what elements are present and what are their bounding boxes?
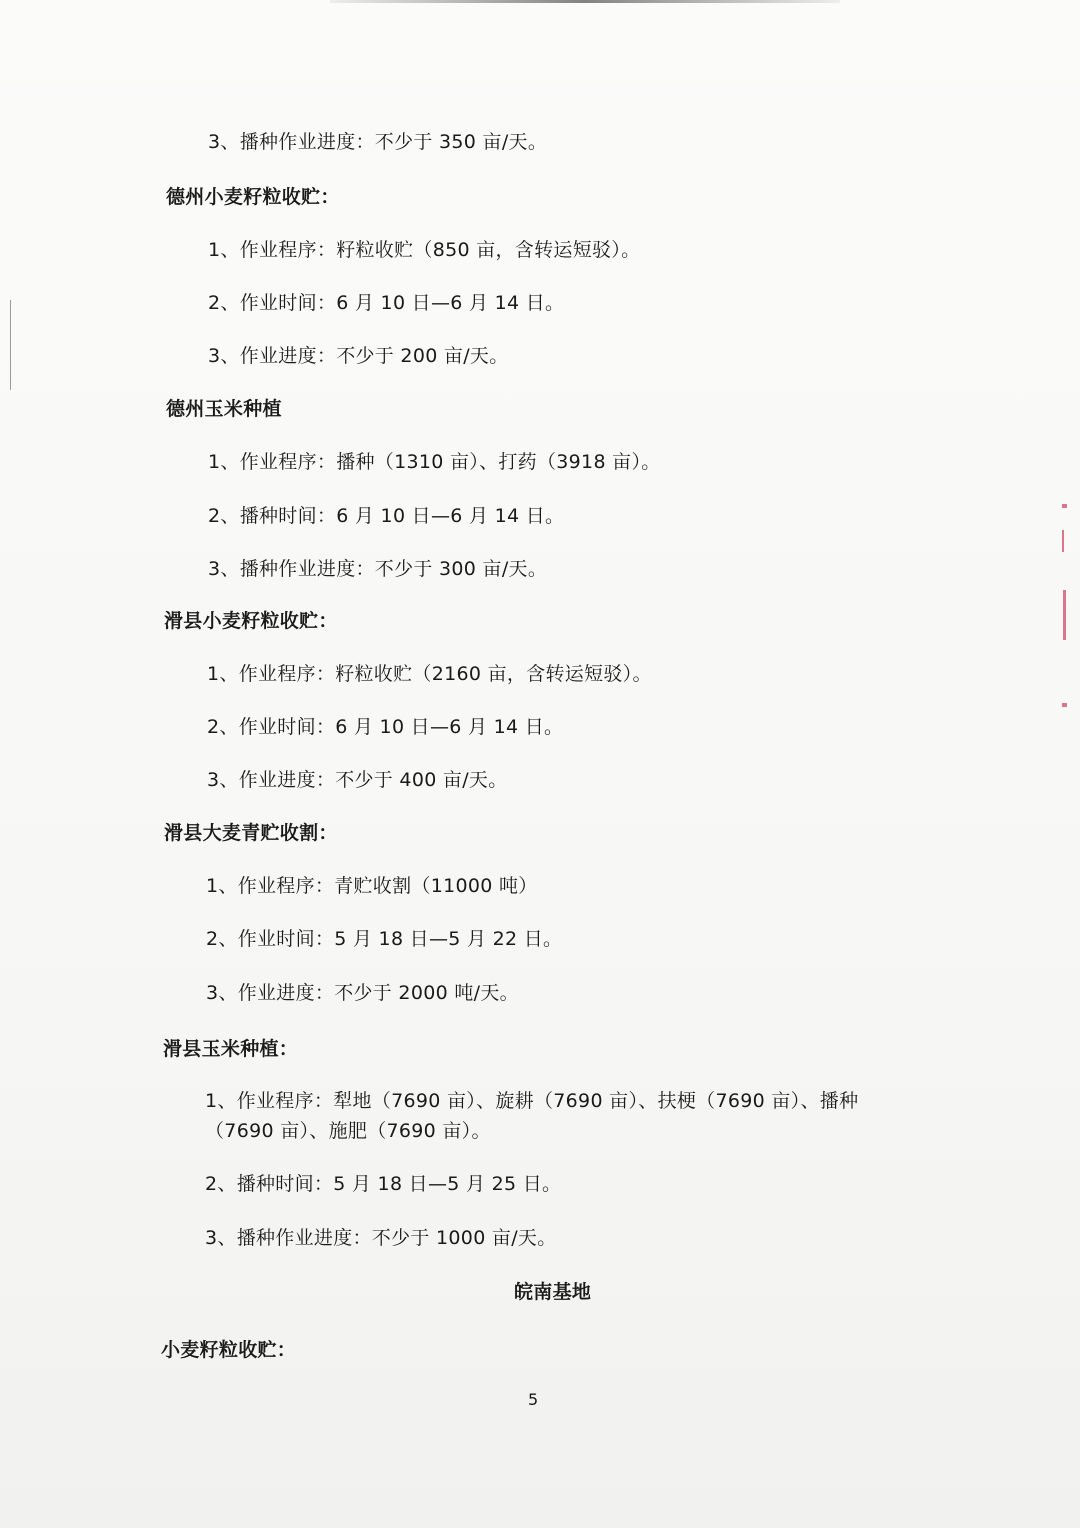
item-line: 3、播种作业进度：不少于 1000 亩/天。 [205, 1225, 557, 1251]
item-line: 3、作业进度：不少于 200 亩/天。 [208, 343, 509, 369]
page-number: 5 [528, 1390, 538, 1409]
seal-mark-fragment [1062, 530, 1064, 552]
scan-top-edge [330, 0, 840, 3]
section-heading: 滑县大麦青贮收割： [164, 820, 338, 846]
section-heading: 小麦籽粒收贮： [161, 1337, 296, 1363]
item-line: 3、作业进度：不少于 2000 吨/天。 [206, 980, 519, 1006]
item-line: 2、作业时间：6 月 10 日—6 月 14 日。 [207, 714, 563, 740]
item-line-wrapped: 1、作业程序：犁地（7690 亩）、旋耕（7690 亩）、扶梗（7690 亩）、… [205, 1086, 915, 1146]
seal-mark-fragment [1062, 703, 1067, 707]
item-line: 3、作业进度：不少于 400 亩/天。 [207, 767, 508, 793]
item-line: 3、播种作业进度：不少于 350 亩/天。 [208, 129, 547, 155]
item-line: 1、作业程序：籽粒收贮（2160 亩，含转运短驳）。 [207, 661, 652, 687]
item-line: 2、作业时间：6 月 10 日—6 月 14 日。 [208, 290, 564, 316]
item-line: 1、作业程序：播种（1310 亩）、打药（3918 亩）。 [208, 449, 661, 475]
seal-mark-fragment [1063, 590, 1066, 640]
item-line: 2、播种时间：5 月 18 日—5 月 25 日。 [205, 1171, 561, 1197]
section-heading: 德州玉米种植 [166, 396, 282, 422]
item-line: 3、播种作业进度：不少于 300 亩/天。 [208, 556, 547, 582]
item-line: 2、作业时间：5 月 18 日—5 月 22 日。 [206, 926, 562, 952]
seal-mark-fragment [1062, 504, 1067, 508]
section-heading: 滑县玉米种植： [163, 1036, 298, 1062]
document-page: 3、播种作业进度：不少于 350 亩/天。 德州小麦籽粒收贮： 1、作业程序：籽… [0, 0, 1080, 1528]
item-line: 1、作业程序：青贮收割（11000 吨） [206, 873, 538, 899]
base-title: 皖南基地 [514, 1279, 591, 1305]
section-heading: 德州小麦籽粒收贮： [166, 184, 340, 210]
section-heading: 滑县小麦籽粒收贮： [164, 608, 338, 634]
scan-left-edge [10, 300, 11, 390]
item-line: 2、播种时间：6 月 10 日—6 月 14 日。 [208, 503, 564, 529]
item-line: 1、作业程序：籽粒收贮（850 亩，含转运短驳）。 [208, 237, 640, 263]
